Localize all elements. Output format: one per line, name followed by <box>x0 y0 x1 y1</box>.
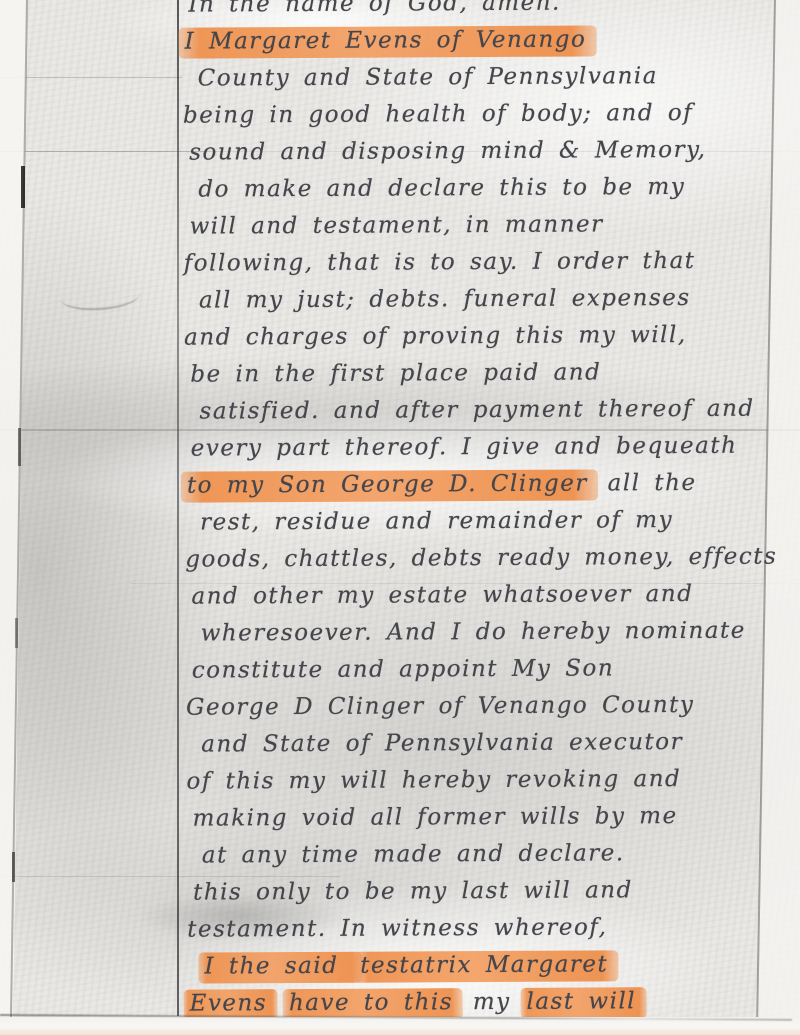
handwritten-line: following, that is to say. I order that <box>184 242 796 282</box>
smudge-mark <box>15 618 18 648</box>
text-segment: testament. In witness whereof, <box>187 914 607 942</box>
handwritten-line: sound and disposing mind & Memory, <box>183 131 795 171</box>
handwritten-line: and other my estate whatsoever and <box>185 575 797 615</box>
text-segment: rest, residue and remainder of my <box>200 507 673 535</box>
highlighted-text-segment: I Margaret Evens of Venango <box>179 25 597 58</box>
handwritten-line: of this my will hereby revoking and <box>186 760 798 800</box>
text-segment: County and State of Pennsylvania <box>198 63 658 91</box>
text-segment: do make and declare this to be my <box>198 174 685 203</box>
handwritten-line: testament. In witness whereof, <box>187 908 799 948</box>
text-segment: be in the first place paid and <box>190 359 601 387</box>
text-segment: satisfied. and after payment thereof and <box>199 396 754 425</box>
highlighted-text-segment: last will <box>520 987 646 1019</box>
margin-rule-line <box>177 0 179 1016</box>
handwritten-line: this only to be my last will and <box>187 871 799 911</box>
highlighted-text-segment: testatrix Margaret <box>354 950 618 982</box>
text-segment: constitute and appoint My Son <box>192 655 614 683</box>
handwritten-line: be in the first place paid and <box>184 353 796 393</box>
text-segment: all the <box>594 470 697 497</box>
handwritten-line: all my just; debts. funeral expenses <box>184 279 796 319</box>
text-segment: In the name of God, amen. <box>188 0 561 18</box>
handwritten-line: constitute and appoint My Son <box>186 649 798 689</box>
text-segment: sound and disposing mind & Memory, <box>189 137 706 166</box>
highlighted-text-segment: to my Son George D. Clinger <box>181 469 598 502</box>
text-segment: all my just; debts. funeral expenses <box>199 285 691 314</box>
handwritten-line: being in good health of body; and of <box>183 94 795 134</box>
text-segment: this only to be my last will and <box>193 877 633 905</box>
handwritten-line: at any time made and declare. <box>187 834 799 874</box>
handwritten-line: I Margaret Evens of Venango <box>182 20 794 60</box>
handwritten-line: George D Clinger of Venango County <box>186 686 798 726</box>
handwritten-line: wheresoever. And I do hereby nominate <box>186 612 798 652</box>
text-segment: and State of Pennsylvania executor <box>201 729 683 758</box>
handwritten-line: making void all former wills by me <box>187 797 799 837</box>
handwritten-line: rest, residue and remainder of my <box>185 501 797 541</box>
handwritten-line: County and State of Pennsylvania <box>183 57 795 97</box>
text-segment: goods, chattles, debts ready money, effe… <box>185 544 777 573</box>
text-segment: will and testament, in manner <box>189 211 603 239</box>
smudge-mark <box>21 166 25 208</box>
text-segment: following, that is to say. I order that <box>184 248 696 277</box>
text-segment: and other my estate whatsoever and <box>191 581 693 610</box>
handwritten-line: every part thereof. I give and bequeath <box>185 427 797 467</box>
smudge-mark <box>18 428 21 466</box>
text-segment: every part thereof. I give and bequeath <box>191 433 738 462</box>
handwritten-line: I the said testatrix Margaret <box>187 945 799 985</box>
highlighted-text-segment: I the said <box>198 952 362 984</box>
text-segment: making void all former wills by me <box>193 803 678 832</box>
text-segment: George D Clinger of Venango County <box>186 692 694 721</box>
handwritten-line: and charges of proving this my will, <box>184 316 796 356</box>
handwritten-line: satisfied. and after payment thereof and <box>184 390 796 430</box>
text-segment: at any time made and declare. <box>202 840 625 868</box>
text-segment: and charges of proving this my will, <box>184 322 687 351</box>
handwritten-line: and State of Pennsylvania executor <box>186 723 798 763</box>
handwritten-line: will and testament, in manner <box>183 205 795 245</box>
text-segment: my <box>459 989 525 1015</box>
handwritten-line: do make and declare this to be my <box>183 168 795 208</box>
handwritten-line: to my Son George D. Clinger all the <box>185 464 797 504</box>
text-segment: of this my will hereby revoking and <box>186 766 681 795</box>
scanned-will-page: In the name of God, amen.I Margaret Even… <box>0 0 800 1035</box>
smudge-mark <box>12 852 15 882</box>
text-lines: In the name of God, amen.I Margaret Even… <box>182 0 799 1023</box>
crease-line <box>0 77 182 78</box>
text-segment: being in good health of body; and of <box>183 100 693 129</box>
text-segment: wheresoever. And I do hereby nominate <box>201 618 746 647</box>
handwritten-line: goods, chattles, debts ready money, effe… <box>185 538 797 578</box>
